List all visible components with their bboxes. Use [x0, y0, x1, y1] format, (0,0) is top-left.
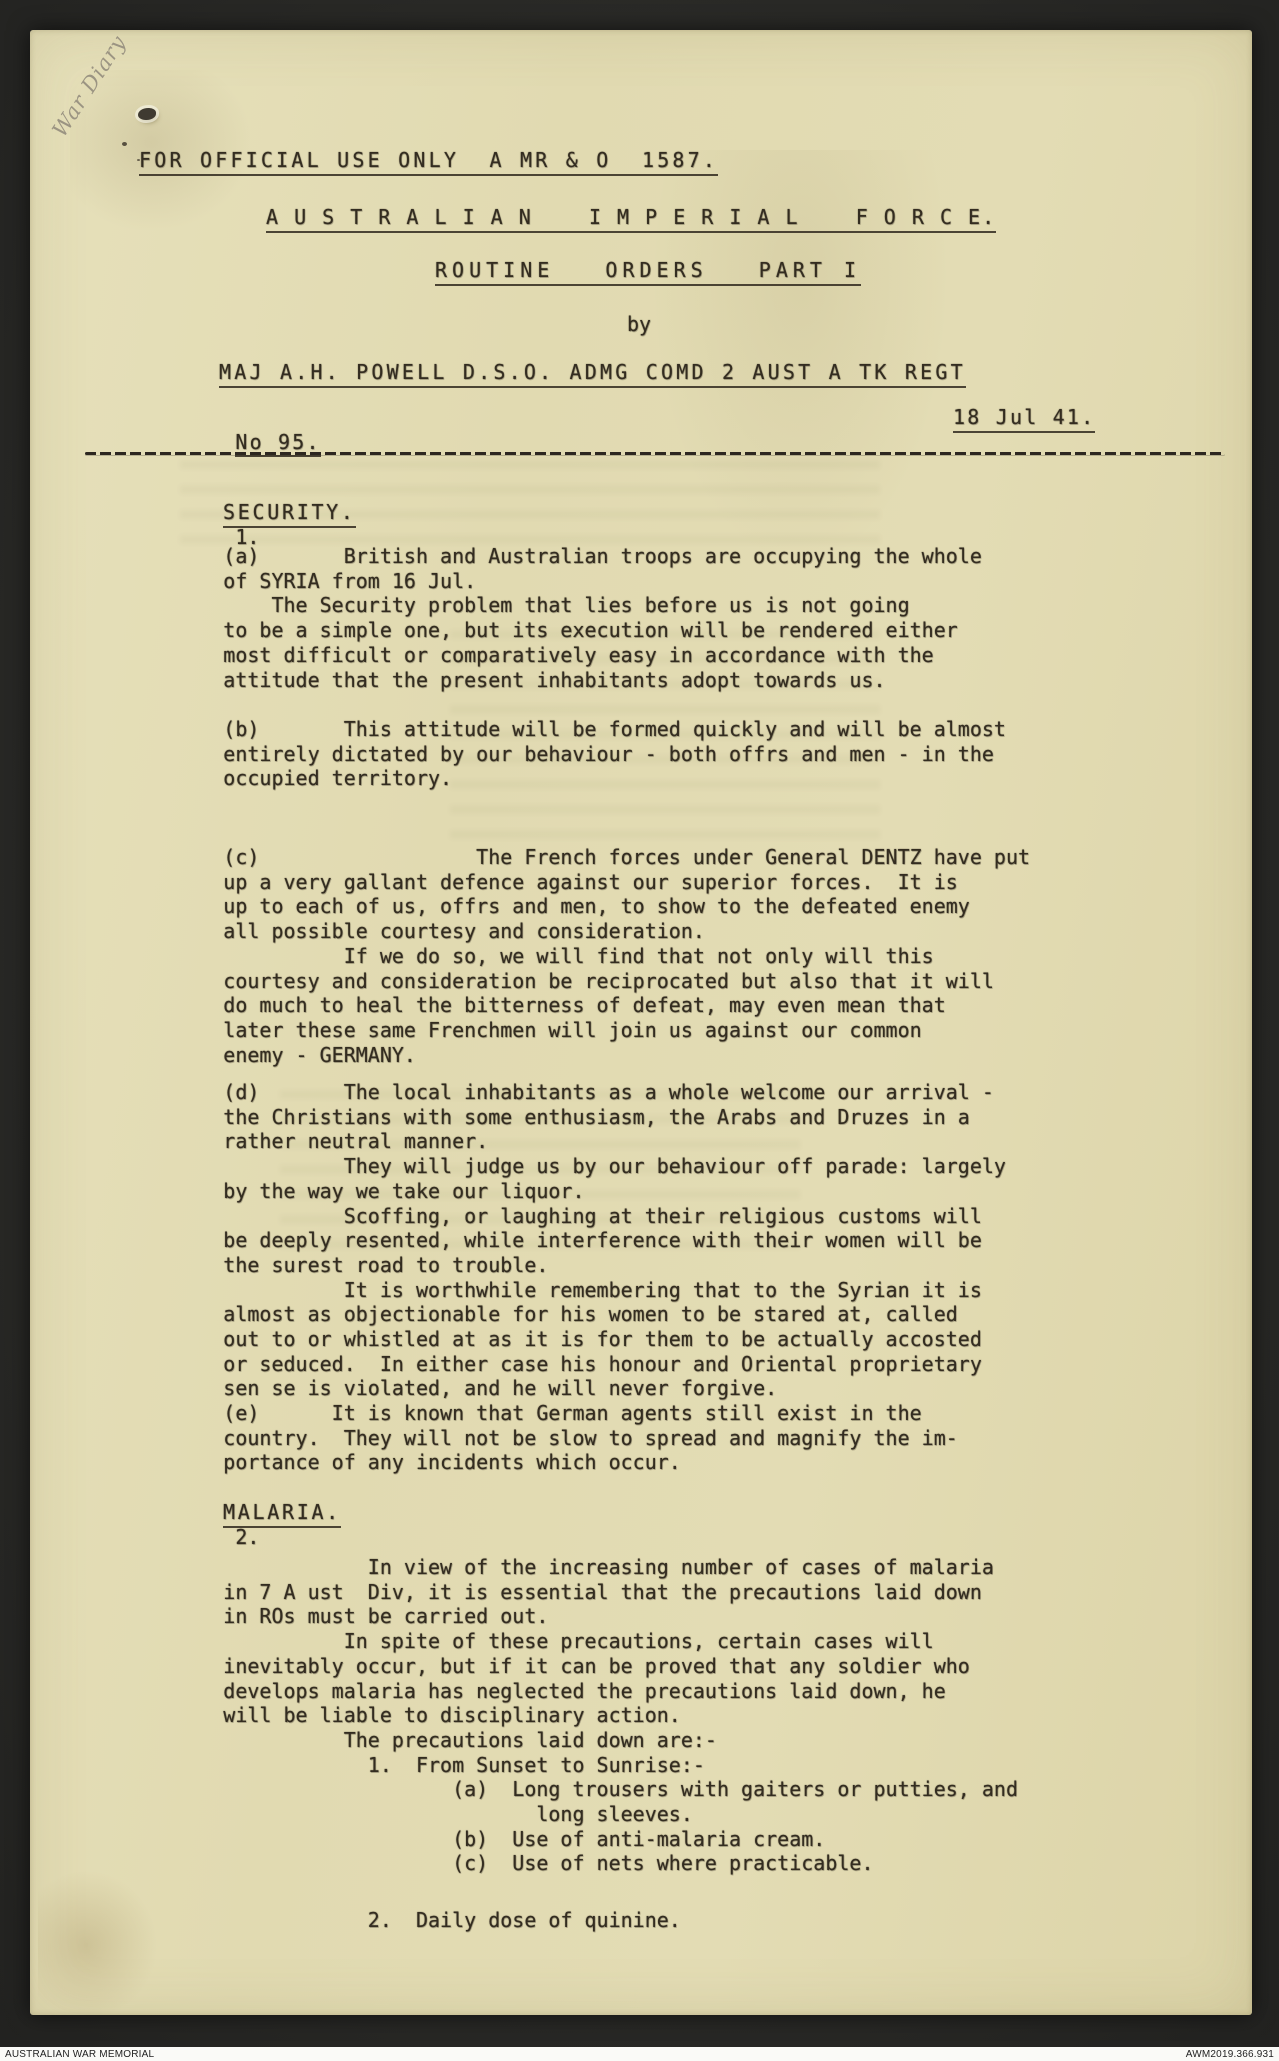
typed-line: portance of any incidents which occur.	[139, 1450, 958, 1475]
section-title: MALARIA.	[223, 1500, 341, 1528]
quinine-line: 2. Daily dose of quinine.	[139, 1908, 681, 1933]
typed-line: In view of the increasing number of case…	[139, 1555, 1018, 1580]
paragraph-a: (a) British and Australian troops are oc…	[139, 544, 982, 692]
typed-line: in 7 A ust Div, it is essential that the…	[139, 1580, 1018, 1605]
typed-line: be deeply resented, while interference w…	[139, 1228, 1006, 1253]
typed-line: (a) British and Australian troops are oc…	[139, 544, 982, 569]
typed-line: inevitably occur, but if it can be prove…	[139, 1654, 1018, 1679]
typed-line: entirely dictated by our behaviour - bot…	[139, 742, 1006, 767]
archive-footer: AUSTRALIAN WAR MEMORIAL AWM2019.366.931	[0, 2047, 1279, 2061]
typed-line: (b) Use of anti-malaria cream.	[139, 1827, 1018, 1852]
typed-line: sen se is violated, and he will never fo…	[139, 1376, 1006, 1401]
archive-footer-right: AWM2019.366.931	[1186, 2049, 1274, 2060]
archive-footer-left: AUSTRALIAN WAR MEMORIAL	[5, 2049, 154, 2060]
classification-line: FOR OFFICIAL USE ONLY A MR & O 1587.	[139, 148, 718, 176]
typed-line: (a) Long trousers with gaiters or puttie…	[139, 1777, 1018, 1802]
typed-line: by the way we take our liquor.	[139, 1179, 1006, 1204]
typed-line: attitude that the present inhabitants ad…	[139, 668, 982, 693]
officer-line: MAJ A.H. POWELL D.S.O. ADMG COMD 2 AUST …	[219, 360, 966, 388]
photograph-backdrop: War Diary FOR OFFICIAL USE ONLY A MR & O…	[0, 0, 1279, 2061]
typed-line: do much to heal the bitterness of defeat…	[139, 993, 1030, 1018]
byline: by	[627, 312, 651, 337]
typed-line: out to or whistled at as it is for them …	[139, 1327, 1006, 1352]
typed-line: almost as objectionable for his women to…	[139, 1302, 1006, 1327]
typed-line: 2. Daily dose of quinine.	[139, 1908, 681, 1933]
typed-line: (c) Use of nets where practicable.	[139, 1851, 1018, 1876]
typed-line: develops malaria has neglected the preca…	[139, 1679, 1018, 1704]
header-divider-rule	[85, 452, 1225, 455]
section-title: SECURITY.	[223, 500, 356, 528]
typed-line: of SYRIA from 16 Jul.	[139, 569, 982, 594]
paragraph-b: (b) This attitude will be formed quickly…	[139, 717, 1006, 791]
typed-line: (d) The local inhabitants as a whole wel…	[139, 1080, 1006, 1105]
orders-title: ROUTINE ORDERS PART I	[435, 258, 861, 286]
typed-line: long sleeves.	[139, 1802, 1018, 1827]
document-page: War Diary FOR OFFICIAL USE ONLY A MR & O…	[30, 30, 1252, 2015]
typed-line: They will judge us by our behaviour off …	[139, 1154, 1006, 1179]
typed-line: or seduced. In either case his honour an…	[139, 1352, 1006, 1377]
typed-content: FOR OFFICIAL USE ONLY A MR & O 1587. A U…	[30, 30, 1252, 2015]
typed-line: If we do so, we will find that not only …	[139, 944, 1030, 969]
paragraph-d: (d) The local inhabitants as a whole wel…	[139, 1080, 1006, 1401]
typed-line: The precautions laid down are:-	[139, 1728, 1018, 1753]
typed-line: (e) It is known that German agents still…	[139, 1401, 958, 1426]
paragraph-e: (e) It is known that German agents still…	[139, 1401, 958, 1475]
order-date: 18 Jul 41.	[953, 405, 1095, 433]
typed-line: 1. From Sunset to Sunrise:-	[139, 1753, 1018, 1778]
malaria-precautions: In view of the increasing number of case…	[139, 1555, 1018, 1876]
typed-line: most difficult or comparatively easy in …	[139, 643, 982, 668]
typed-line: all possible courtesy and consideration.	[139, 919, 1030, 944]
typed-line: in ROs must be carried out.	[139, 1604, 1018, 1629]
typed-line: In spite of these precautions, certain c…	[139, 1629, 1018, 1654]
typed-line: to be a simple one, but its execution wi…	[139, 618, 982, 643]
typed-line: up a very gallant defence against our su…	[139, 870, 1030, 895]
typed-line: Scoffing, or laughing at their religious…	[139, 1204, 1006, 1229]
typed-line: (b) This attitude will be formed quickly…	[139, 717, 1006, 742]
typed-line: enemy - GERMANY.	[139, 1043, 1030, 1068]
typed-line: the surest road to trouble.	[139, 1253, 1006, 1278]
typed-line: (c) The French forces under General DENT…	[139, 845, 1030, 870]
typed-line: courtesy and consideration be reciprocat…	[139, 969, 1030, 994]
typed-line: rather neutral manner.	[139, 1129, 1006, 1154]
typed-line: the Christians with some enthusiasm, the…	[139, 1105, 1006, 1130]
typed-line: It is worthwhile remembering that to the…	[139, 1278, 1006, 1303]
typed-line: The Security problem that lies before us…	[139, 593, 982, 618]
paragraph-c: (c) The French forces under General DENT…	[139, 845, 1030, 1067]
typed-line: later these same Frenchmen will join us …	[139, 1018, 1030, 1043]
section-number: 2.	[235, 1525, 259, 1549]
typed-line: will be liable to disciplinary action.	[139, 1703, 1018, 1728]
typed-line: occupied territory.	[139, 766, 1006, 791]
typed-line: up to each of us, offrs and men, to show…	[139, 894, 1030, 919]
force-title: A U S T R A L I A N I M P E R I A L F O …	[266, 205, 996, 233]
typed-line: country. They will not be slow to spread…	[139, 1426, 958, 1451]
